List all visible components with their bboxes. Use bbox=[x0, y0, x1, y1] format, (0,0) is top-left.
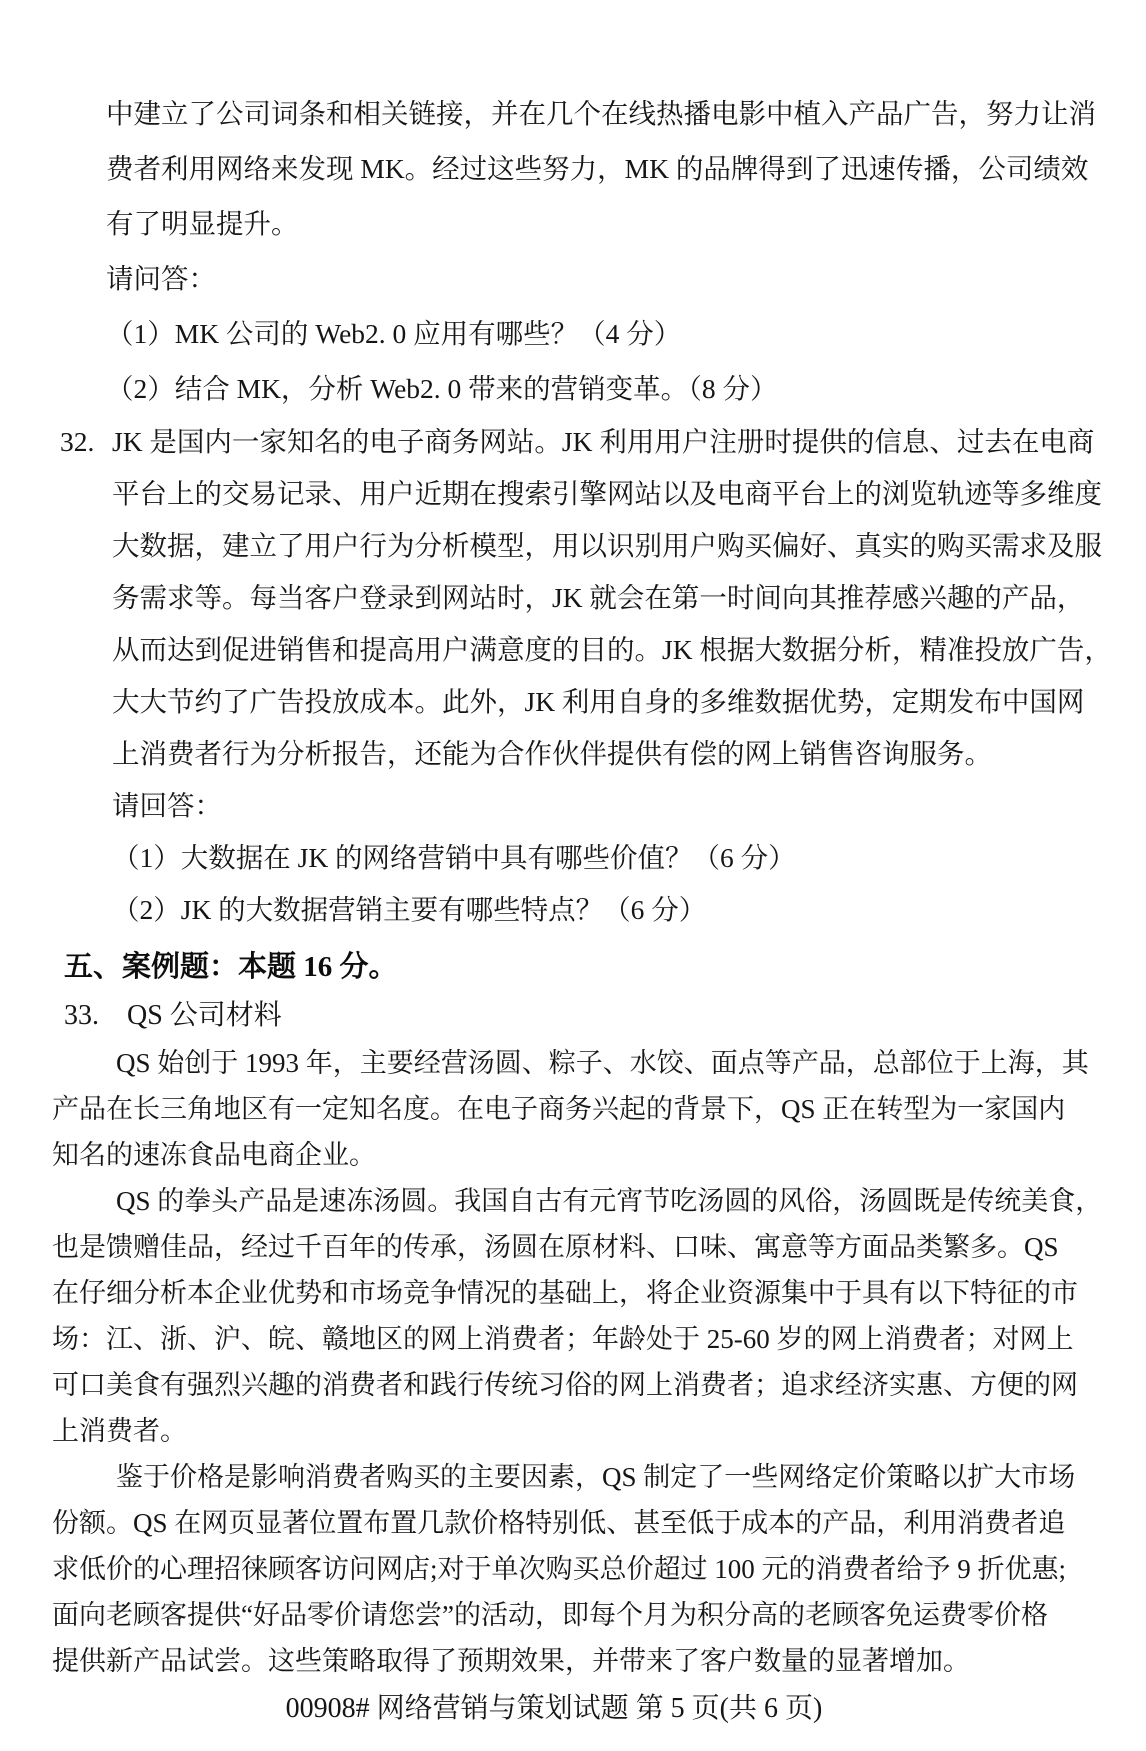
text-line: 求低价的心理招徕顾客访问网店;对于单次购买总价超过 100 元的消费者给予 9 … bbox=[52, 1546, 1108, 1592]
text-line: 请回答： bbox=[112, 780, 1108, 832]
text-line: QS 的拳头产品是速冻汤圆。我国自古有元宵节吃汤圆的风俗，汤圆既是传统美食， bbox=[52, 1178, 1108, 1224]
text-line: 务需求等。每当客户登录到网站时，JK 就会在第一时间向其推荐感兴趣的产品， bbox=[112, 572, 1108, 624]
question-32: 32. JK 是国内一家知名的电子商务网站。JK 利用用户注册时提供的信息、过去… bbox=[60, 416, 1108, 936]
text-line: JK 是国内一家知名的电子商务网站。JK 利用用户注册时提供的信息、过去在电商 bbox=[112, 416, 1108, 468]
text-line: 鉴于价格是影响消费者购买的主要因素，QS 制定了一些网络定价策略以扩大市场 bbox=[52, 1454, 1108, 1500]
question-32-number: 32. bbox=[60, 416, 94, 468]
text-line: （1）大数据在 JK 的网络营销中具有哪些价值？（6 分） bbox=[112, 832, 1108, 884]
text-line: 在仔细分析本企业优势和市场竞争情况的基础上，将企业资源集中于具有以下特征的市 bbox=[52, 1270, 1108, 1316]
question-33-number: 33. bbox=[64, 1000, 99, 1031]
question-33-title: QS 公司材料 bbox=[127, 1000, 282, 1031]
case-paragraph-2: QS 的拳头产品是速冻汤圆。我国自古有元宵节吃汤圆的风俗，汤圆既是传统美食，也是… bbox=[52, 1178, 1108, 1454]
question-33-header: 33.QS 公司材料 bbox=[64, 992, 1108, 1040]
text-line: 可口美食有强烈兴趣的消费者和践行传统习俗的网上消费者；追求经济实惠、方便的网 bbox=[52, 1362, 1108, 1408]
text-line: （2）JK 的大数据营销主要有哪些特点？（6 分） bbox=[112, 884, 1108, 936]
case-paragraph-1: QS 始创于 1993 年，主要经营汤圆、粽子、水饺、面点等产品，总部位于上海，… bbox=[52, 1040, 1108, 1178]
text-line: 有了明显提升。 bbox=[106, 196, 1108, 251]
case-paragraph-3: 鉴于价格是影响消费者购买的主要因素，QS 制定了一些网络定价策略以扩大市场份额。… bbox=[52, 1454, 1108, 1684]
text-line: 面向老顾客提供“好品零价请您尝”的活动，即每个月为积分高的老顾客免运费零价格 bbox=[52, 1592, 1108, 1638]
text-line: 产品在长三角地区有一定知名度。在电子商务兴起的背景下，QS 正在转型为一家国内 bbox=[52, 1086, 1108, 1132]
text-line: 知名的速冻食品电商企业。 bbox=[52, 1132, 1108, 1178]
case-material: QS 始创于 1993 年，主要经营汤圆、粽子、水饺、面点等产品，总部位于上海，… bbox=[52, 1040, 1108, 1684]
text-line: QS 始创于 1993 年，主要经营汤圆、粽子、水饺、面点等产品，总部位于上海，… bbox=[52, 1040, 1108, 1086]
question-31-continuation: 中建立了公司词条和相关链接，并在几个在线热播电影中植入产品广告，努力让消费者利用… bbox=[106, 86, 1108, 416]
text-line: 费者利用网络来发现 MK。经过这些努力，MK 的品牌得到了迅速传播，公司绩效 bbox=[106, 141, 1108, 196]
text-line: 平台上的交易记录、用户近期在搜索引擎网站以及电商平台上的浏览轨迹等多维度 bbox=[112, 468, 1108, 520]
text-line: 上消费者。 bbox=[52, 1408, 1108, 1454]
text-line: 中建立了公司词条和相关链接，并在几个在线热播电影中植入产品广告，努力让消 bbox=[106, 86, 1108, 141]
text-line: 份额。QS 在网页显著位置布置几款价格特别低、甚至低于成本的产品，利用消费者追 bbox=[52, 1500, 1108, 1546]
page-footer: 00908# 网络营销与策划试题 第 5 页(共 6 页) bbox=[0, 1686, 1108, 1732]
text-line: 大大节约了广告投放成本。此外，JK 利用自身的多维数据优势，定期发布中国网 bbox=[112, 676, 1108, 728]
text-line: （2）结合 MK，分析 Web2. 0 带来的营销变革。（8 分） bbox=[106, 361, 1108, 416]
text-line: 请问答： bbox=[106, 251, 1108, 306]
text-line: （1）MK 公司的 Web2. 0 应用有哪些？（4 分） bbox=[106, 306, 1108, 361]
question-32-text: JK 是国内一家知名的电子商务网站。JK 利用用户注册时提供的信息、过去在电商平… bbox=[112, 416, 1108, 936]
text-line: 也是馈赠佳品，经过千百年的传承，汤圆在原材料、口味、寓意等方面品类繁多。QS bbox=[52, 1224, 1108, 1270]
exam-page: 中建立了公司词条和相关链接，并在几个在线热播电影中植入产品广告，努力让消费者利用… bbox=[0, 0, 1146, 1751]
text-line: 大数据，建立了用户行为分析模型，用以识别用户购买偏好、真实的购买需求及服 bbox=[112, 520, 1108, 572]
text-line: 场：江、浙、沪、皖、赣地区的网上消费者；年龄处于 25-60 岁的网上消费者；对… bbox=[52, 1316, 1108, 1362]
section-5-header: 五、案例题：本题 16 分。 bbox=[64, 942, 1108, 992]
text-line: 从而达到促进销售和提高用户满意度的目的。JK 根据大数据分析，精准投放广告， bbox=[112, 624, 1108, 676]
text-line: 上消费者行为分析报告，还能为合作伙伴提供有偿的网上销售咨询服务。 bbox=[112, 728, 1108, 780]
text-line: 提供新产品试尝。这些策略取得了预期效果，并带来了客户数量的显著增加。 bbox=[52, 1638, 1108, 1684]
